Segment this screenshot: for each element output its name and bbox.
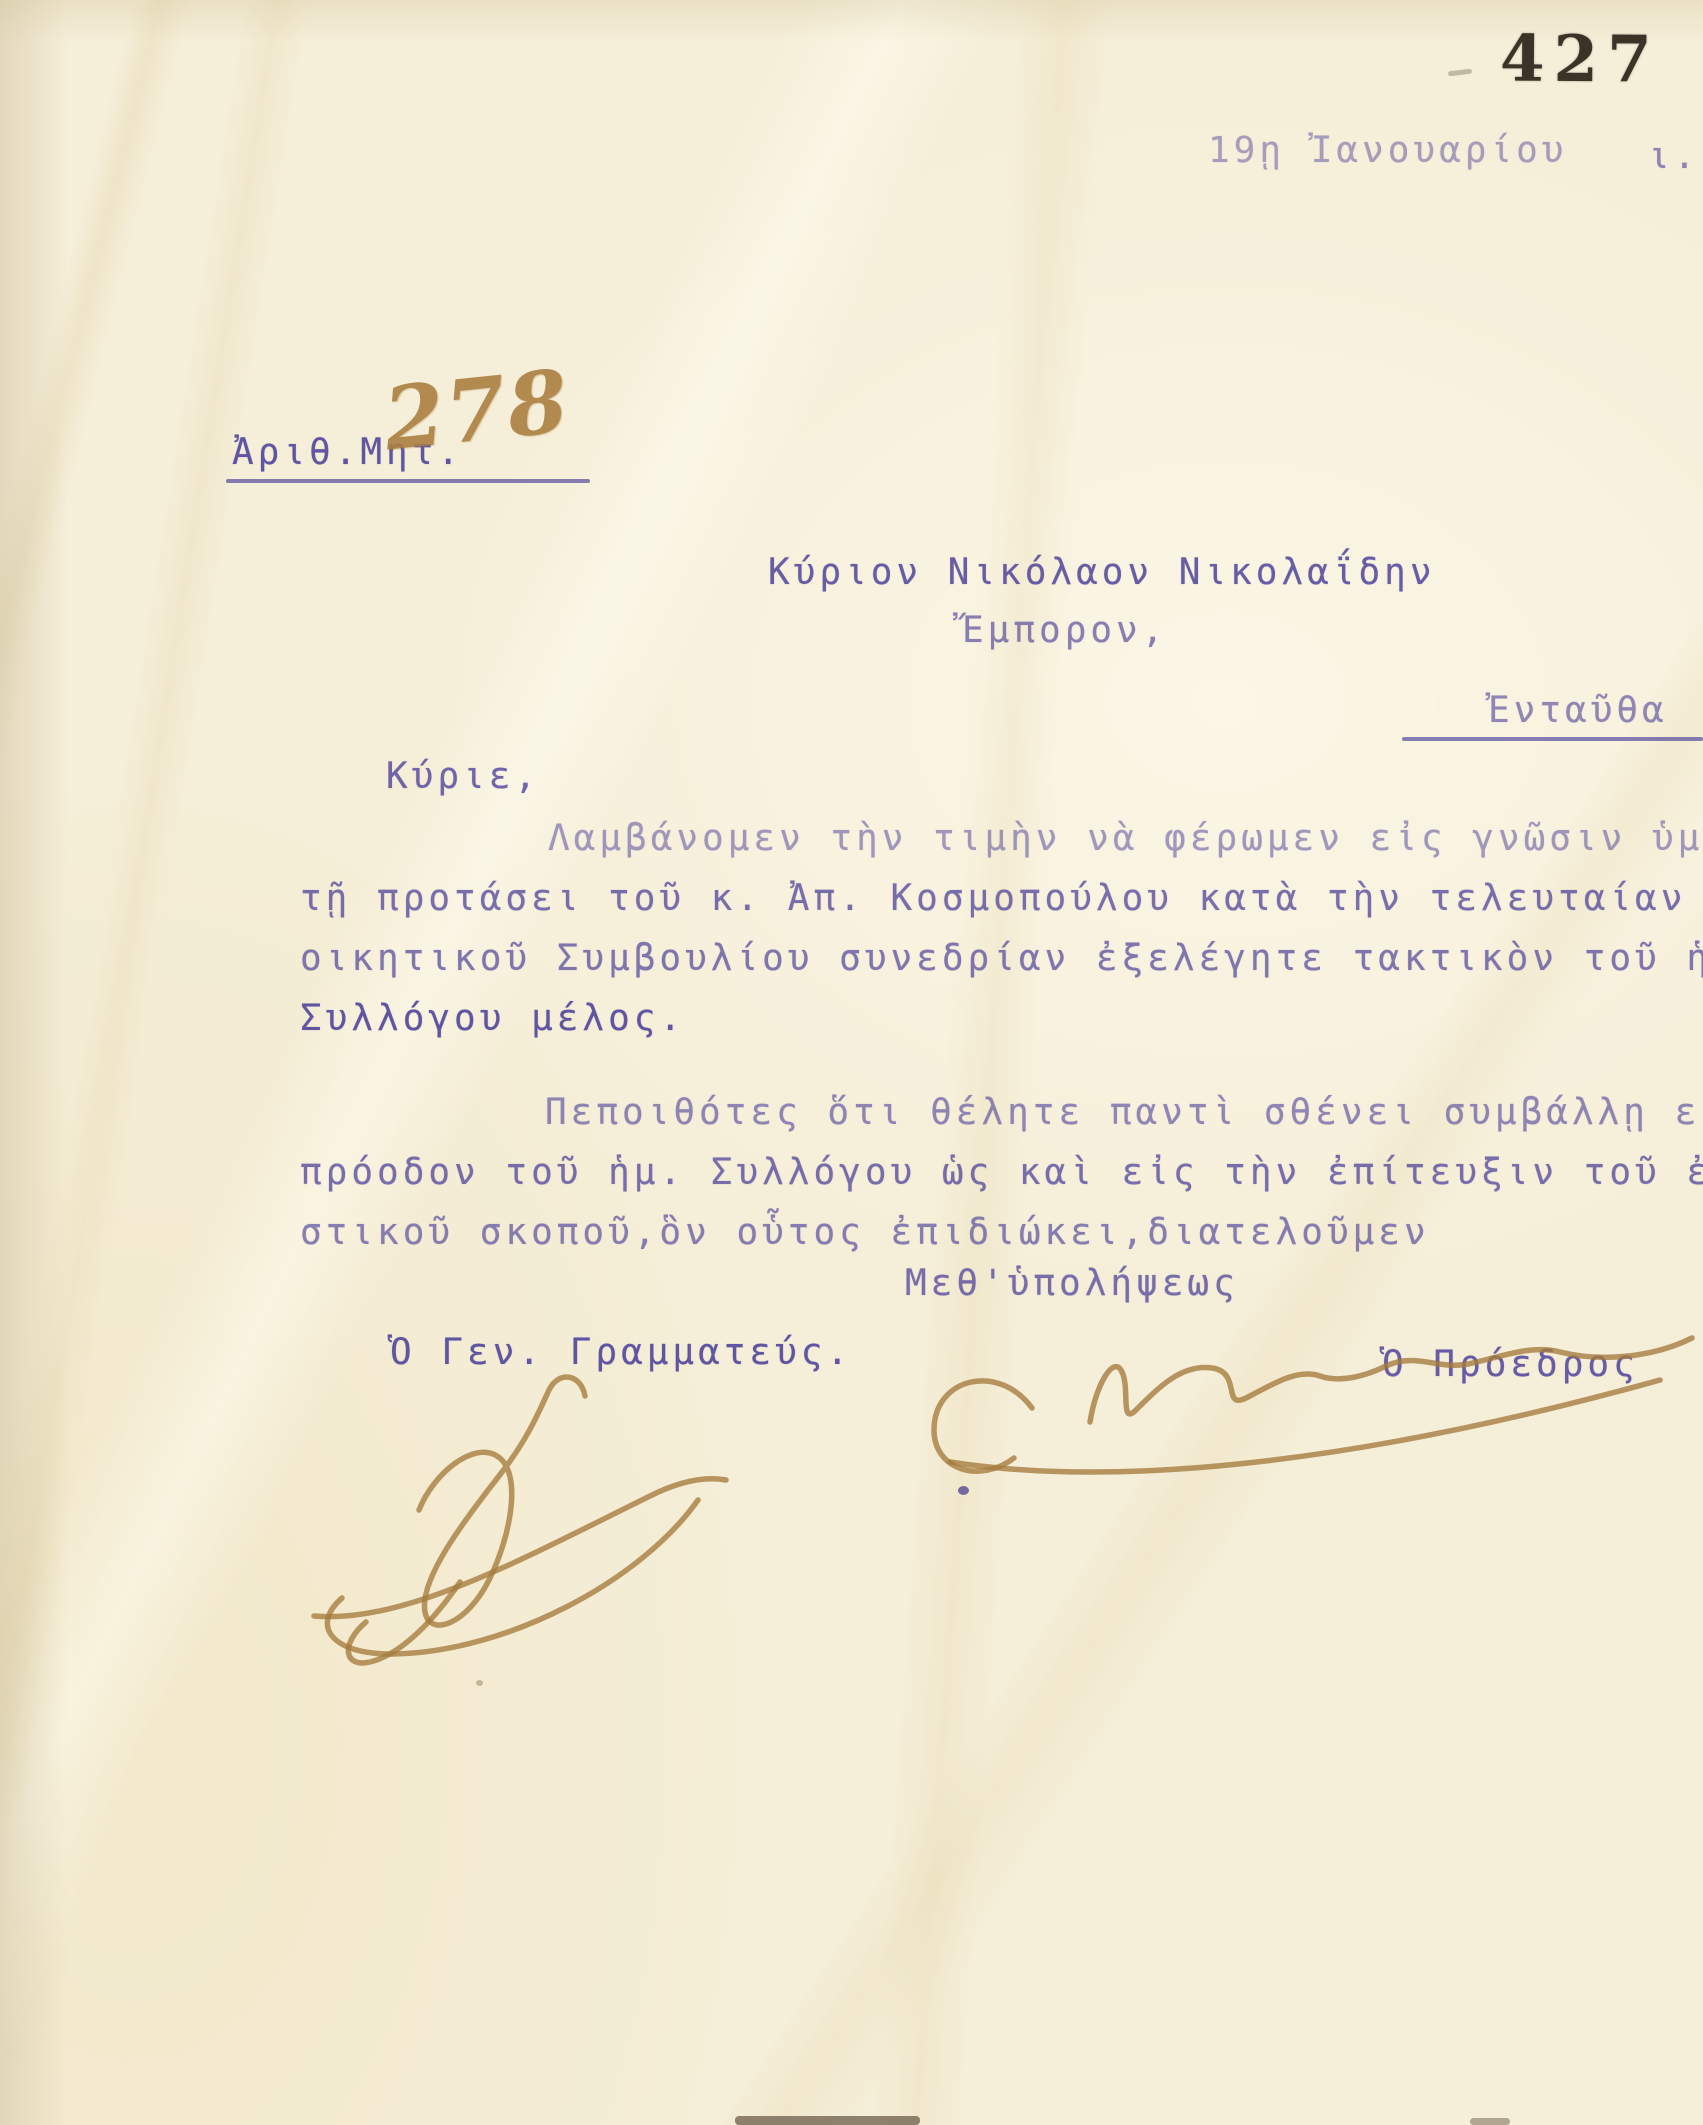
scan-edge-artifact — [735, 2116, 920, 2125]
ink-speck — [476, 1680, 483, 1686]
president-signature — [880, 1310, 1703, 1510]
closing-phrase: Μεθ'ὑπολήψεως — [905, 1263, 1239, 1304]
scan-edge-artifact — [1470, 2118, 1510, 2125]
body-line: στικοῦ σκοποῦ,ὃν οὗτος ἐπιδιώκει,διατελο… — [300, 1212, 1430, 1253]
secretary-signature — [268, 1352, 738, 1672]
reference-number-handwritten: 278 — [379, 351, 574, 471]
recipient-name: Κύριον Νικόλαον Νικολαΐδην — [768, 552, 1436, 593]
pencil-dash-mark — [1448, 69, 1472, 77]
salutation: Κύριε, — [386, 756, 540, 797]
recipient-title: Ἔμπορον, — [962, 610, 1167, 651]
location-underline — [1402, 737, 1703, 741]
body-line: Συλλόγου μέλος. — [300, 998, 685, 1039]
body-line: Λαμβάνομεν τὴν τιμὴν νὰ φέρωμεν εἰς γνῶσ… — [548, 818, 1703, 859]
recipient-location: Ἐνταῦθα — [1488, 690, 1668, 731]
body-line: τῇ προτάσει τοῦ κ. Ἀπ. Κοσμοπούλου κατὰ … — [300, 878, 1703, 919]
ink-speck — [958, 1486, 969, 1495]
date-fragment: ι. — [1648, 136, 1699, 177]
body-line: οικητικοῦ Συμβουλίου συνεδρίαν ἐξελέγητε… — [300, 938, 1703, 979]
reference-underline — [226, 479, 590, 483]
scanned-letter-page: 427 19ῃ Ἰανουαρίου ι. Ἀριθ.Μητ. 278 Κύρι… — [0, 0, 1703, 2125]
body-line: πρόοδον τοῦ ἡμ. Συλλόγου ὡς καὶ εἰς τὴν … — [300, 1152, 1703, 1193]
date-line: 19ῃ Ἰανουαρίου — [1208, 130, 1567, 171]
page-number-stamp: 427 — [1500, 21, 1661, 97]
body-line: Πεποιθότες ὅτι θέλητε παντὶ σθένει συμβά… — [545, 1092, 1703, 1133]
